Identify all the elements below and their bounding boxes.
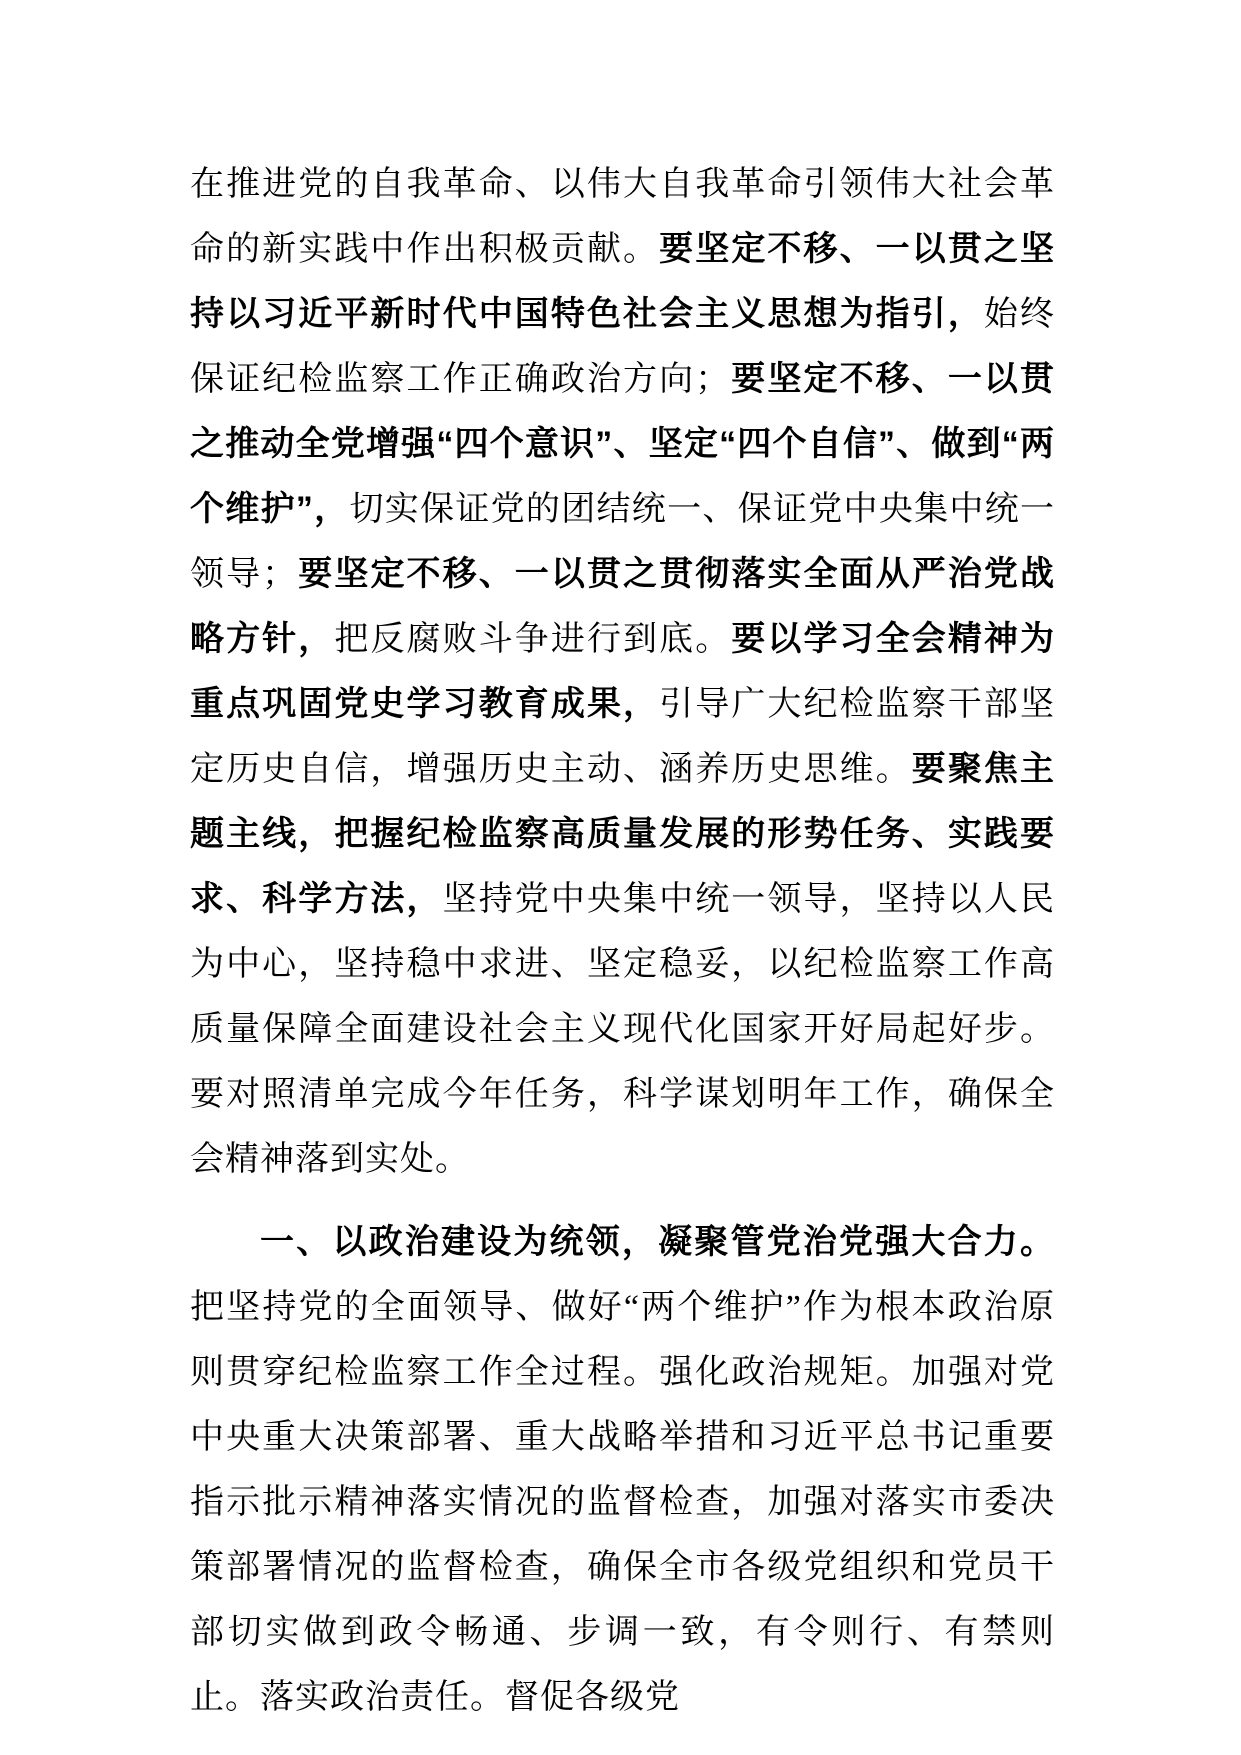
document-page: 在推进党的自我革命、以伟大自我革命引领伟大社会革命的新实践中作出积极贡献。要坚定…: [0, 0, 1241, 1755]
text-run: 坚持党中央集中统一领导，坚持以人民为中心，坚持稳中求进、坚定稳妥，以纪检监察工作…: [190, 881, 1055, 1178]
paragraph-continuation: 在推进党的自我革命、以伟大自我革命引领伟大社会革命的新实践中作出积极贡献。要坚定…: [190, 152, 1055, 1192]
text-run: 把反腐败斗争进行到底。: [334, 621, 731, 658]
paragraph-section-one: 一、以政治建设为统领，凝聚管党治党强大合力。把坚持党的全面领导、做好“两个维护”…: [190, 1210, 1055, 1730]
text-run: 把坚持党的全面领导、做好“两个维护”作为根本政治原则贯穿纪检监察工作全过程。强化…: [190, 1289, 1055, 1716]
section-heading-run-bold: 一、以政治建设为统领，凝聚管党治党强大合力。: [260, 1223, 1055, 1261]
